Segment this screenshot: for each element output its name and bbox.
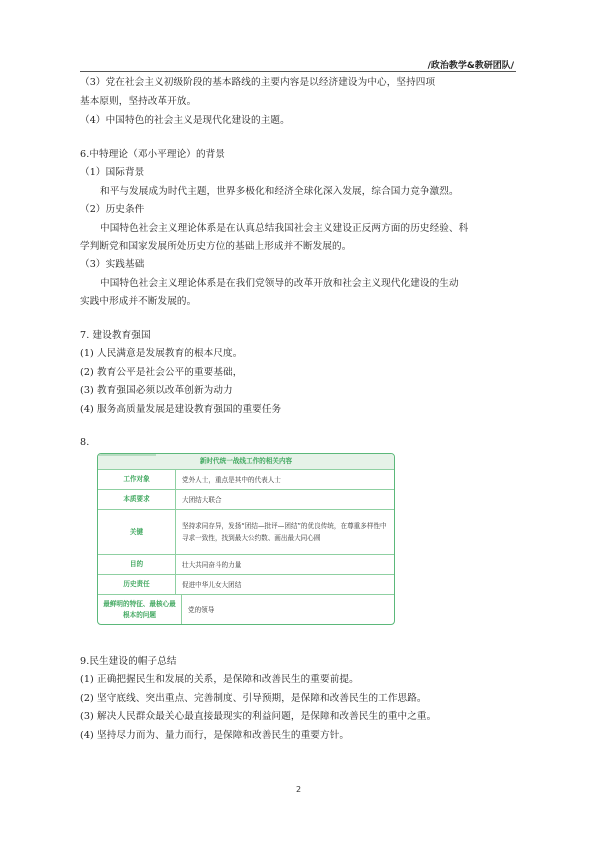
section6-item3-text1: 中国特色社会主义理论体系是在我们党领导的改革开放和社会主义现代化建设的生动: [100, 277, 459, 291]
table-row: 历史责任 促进中华儿女大团结: [98, 575, 394, 595]
section7-item: (2) 教育公平是社会公平的重要基础，: [80, 366, 242, 380]
section6-item1-text: 和平与发展成为时代主题，世界多极化和经济全球化深入发展，综合国力竞争激烈。: [100, 185, 459, 199]
section6-item2-text2: 学判断党和国家发展所处历史方位的基础上形成并不断发展的。: [80, 240, 351, 254]
section6-item3-text2: 实践中形成并不断发展的。: [80, 295, 196, 309]
row-label: 关键: [98, 510, 176, 554]
row-value: 党外人士，重点是其中的代表人士: [176, 470, 394, 489]
page-number: 2: [296, 785, 301, 794]
row-value: 壮大共同奋斗的力量: [176, 555, 394, 574]
table-row: 本质要求 大团结大联合: [98, 490, 394, 510]
section6-item2-label: （2）历史条件: [80, 203, 144, 217]
section8-title: 8.: [80, 436, 89, 450]
section9-item: (4) 坚持尽力而为、量力而行，是保障和改善民生的重要方针。: [80, 729, 349, 743]
section5-item4: （4）中国特色的社会主义是现代化建设的主题。: [80, 114, 290, 128]
table-row: 关键 坚持求同存异，发扬“团结—批评—团结”的优良传统，在尊重多样性中寻求一致性…: [98, 510, 394, 555]
row-label: 目的: [98, 555, 176, 574]
row-label: 本质要求: [98, 490, 176, 509]
section5-item3-line1: （3）党在社会主义初级阶段的基本路线的主要内容是以经济建设为中心，坚持四项: [80, 76, 435, 90]
row-value: 大团结大联合: [176, 490, 394, 509]
united-front-table: 新时代统一战线工作的相关内容 工作对象 党外人士，重点是其中的代表人士 本质要求…: [97, 453, 395, 625]
section6-item2-text1: 中国特色社会主义理论体系是在认真总结我国社会主义建设正反两方面的历史经验、科: [100, 222, 468, 236]
section5-item3-line2: 基本原则，坚持改革开放。: [80, 95, 196, 109]
section9-item: (1) 正确把握民生和发展的关系，是保障和改善民生的重要前提。: [80, 673, 359, 687]
section6-title: 6.中特理论（邓小平理论）的背景: [80, 148, 225, 162]
table-caption: 新时代统一战线工作的相关内容: [98, 454, 394, 470]
table-row: 工作对象 党外人士，重点是其中的代表人士: [98, 470, 394, 490]
section9-item: (2) 坚守底线、突出重点、完善制度、引导预期，是保障和改善民生的工作思路。: [80, 692, 427, 706]
section6-item3-label: （3）实践基础: [80, 258, 144, 272]
row-label: 工作对象: [98, 470, 176, 489]
row-label: 历史责任: [98, 575, 176, 594]
table-row: 目的 壮大共同奋斗的力量: [98, 555, 394, 575]
section9-item: (3) 解决人民群众最关心最直接最现实的利益问题，是保障和改善民生的重中之重。: [80, 710, 436, 724]
section7-title: 7. 建设教育强国: [80, 329, 151, 343]
team-label: /政治教学&教研团队/: [428, 58, 514, 71]
page-header: /政治教学&教研团队/: [80, 58, 516, 72]
row-value: 促进中华儿女大团结: [176, 575, 394, 594]
section7-item: (1) 人民满意是发展教育的根本尺度。: [80, 347, 242, 361]
table-row: 最鲜明的特征、最核心最根本的问题 党的领导: [98, 595, 394, 624]
row-value: 党的领导: [182, 595, 394, 624]
row-value: 坚持求同存异，发扬“团结—批评—团结”的优良传统，在尊重多样性中寻求一致性，找到…: [176, 510, 394, 554]
row-label: 最鲜明的特征、最核心最根本的问题: [98, 595, 182, 624]
section6-item1-label: （1）国际背景: [80, 166, 144, 180]
section7-item: (3) 教育强国必须以改革创新为动力: [80, 384, 233, 398]
section9-title: 9.民生建设的帽子总结: [80, 655, 177, 669]
section7-item: (4) 服务高质量发展是建设教育强国的重要任务: [80, 403, 281, 417]
